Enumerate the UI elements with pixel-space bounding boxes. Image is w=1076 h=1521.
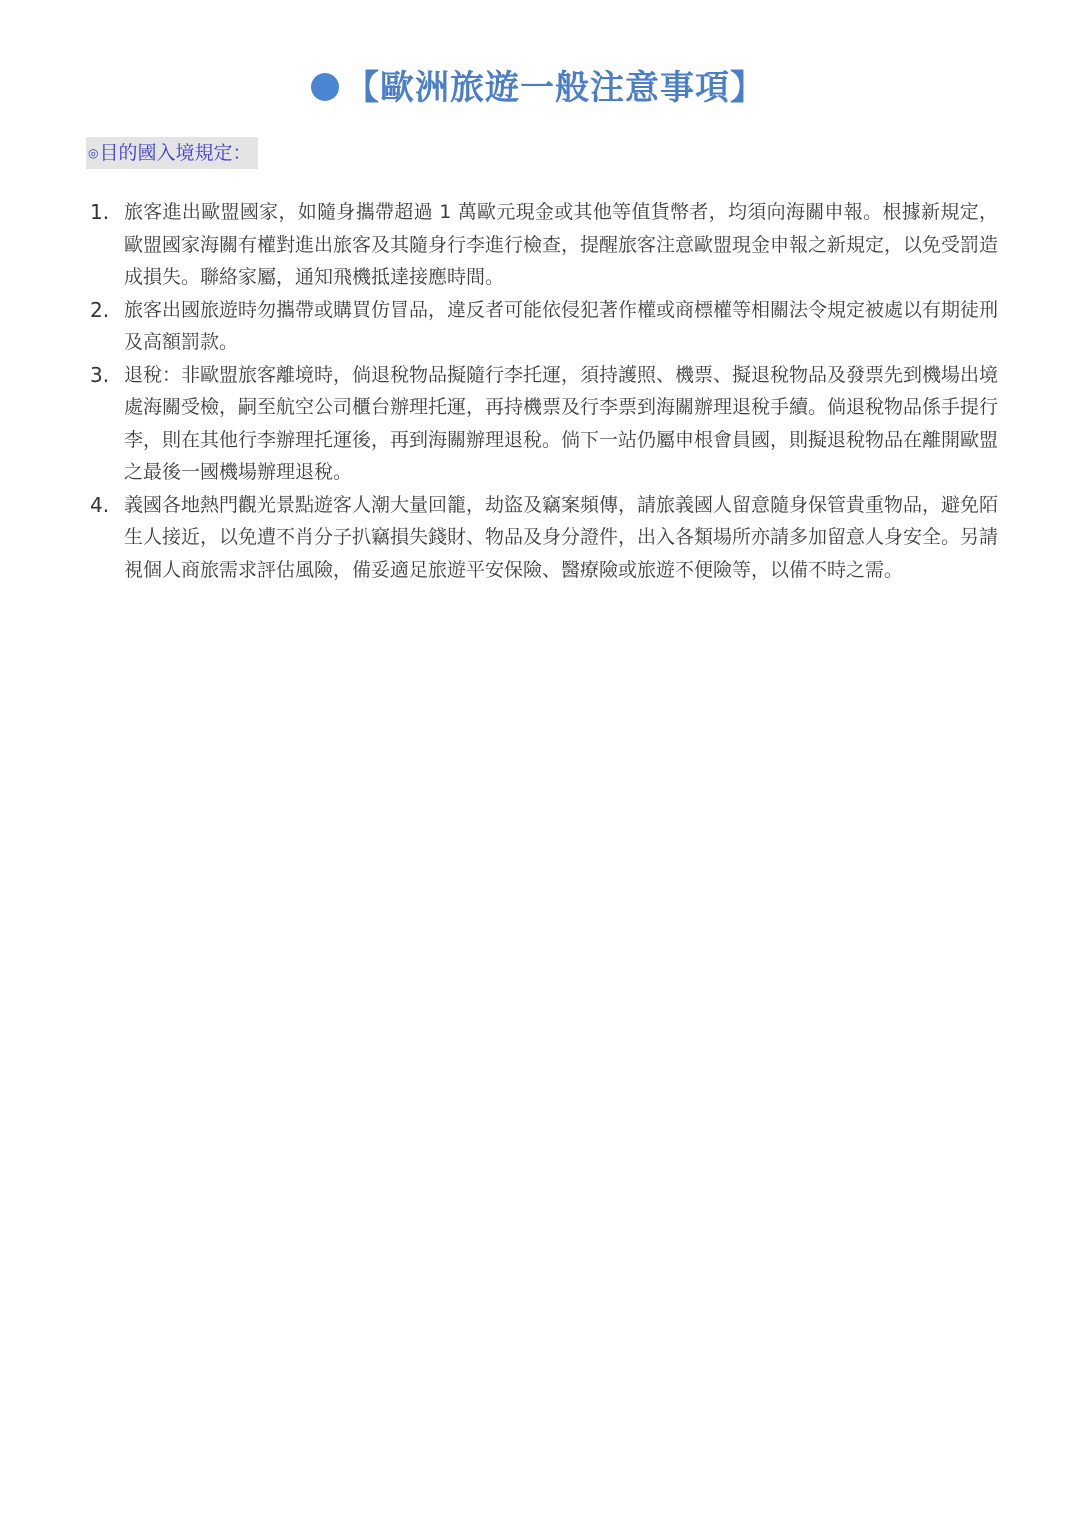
list-item: 3. 退稅：非歐盟旅客離境時，倘退稅物品擬隨行李托運，須持護照、機票、擬退稅物品…	[88, 359, 998, 489]
filled-circle-icon	[311, 73, 339, 101]
page-title: 【歐洲旅遊一般注意事項】	[0, 64, 1076, 112]
list-item-number: 3.	[90, 359, 109, 392]
notice-list: 1. 旅客進出歐盟國家，如隨身攜帶超過 1 萬歐元現金或其他等值貨幣者，均須向海…	[88, 196, 998, 586]
list-item-number: 2.	[90, 294, 109, 327]
list-item-text: 旅客進出歐盟國家，如隨身攜帶超過 1 萬歐元現金或其他等值貨幣者，均須向海關申報…	[124, 201, 998, 288]
list-item-number: 1.	[90, 196, 109, 229]
list-item-text: 退稅：非歐盟旅客離境時，倘退稅物品擬隨行李托運，須持護照、機票、擬退稅物品及發票…	[124, 364, 998, 484]
section-heading-text: 目的國入境規定：	[99, 142, 251, 164]
list-item-text: 旅客出國旅遊時勿攜帶或購買仿冒品，違反者可能依侵犯著作權或商標權等相關法令規定被…	[124, 299, 998, 354]
page-title-text: 【歐洲旅遊一般注意事項】	[345, 68, 765, 108]
list-item: 4. 義國各地熱門觀光景點遊客人潮大量回籠，劫盜及竊案頻傳，請旅義國人留意隨身保…	[88, 489, 998, 587]
document-page: 【歐洲旅遊一般注意事項】 ◎目的國入境規定： 1. 旅客進出歐盟國家，如隨身攜帶…	[0, 0, 1076, 1521]
list-item: 1. 旅客進出歐盟國家，如隨身攜帶超過 1 萬歐元現金或其他等值貨幣者，均須向海…	[88, 196, 998, 294]
list-item: 2. 旅客出國旅遊時勿攜帶或購買仿冒品，違反者可能依侵犯著作權或商標權等相關法令…	[88, 294, 998, 359]
double-circle-bullet-icon: ◎	[88, 146, 98, 160]
list-item-text: 義國各地熱門觀光景點遊客人潮大量回籠，劫盜及竊案頻傳，請旅義國人留意隨身保管貴重…	[124, 494, 998, 581]
section-heading: ◎目的國入境規定：	[86, 137, 258, 169]
list-item-number: 4.	[90, 489, 109, 522]
